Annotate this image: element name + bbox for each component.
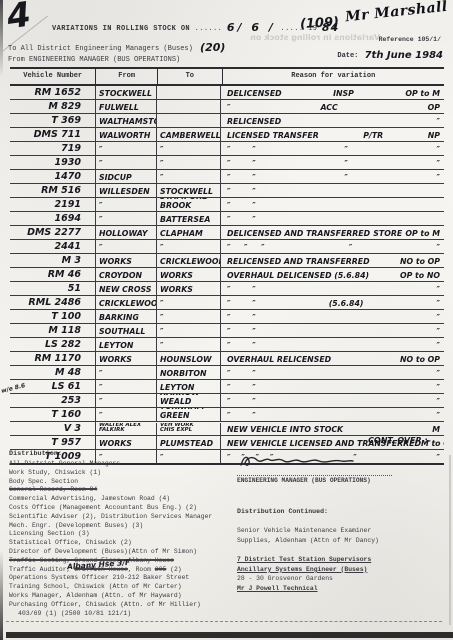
to-cell: WORKS	[157, 268, 221, 281]
handwritten-date: 7th June 1984	[365, 50, 443, 61]
from-cell: ″	[96, 394, 157, 407]
from-cell: WORKS	[96, 352, 157, 365]
distribution-item: All District General Managers	[9, 460, 235, 469]
vehicle-number-cell: RM 1652	[10, 86, 96, 99]
to-cell: VEH WORK CHIS EXPL	[157, 423, 221, 435]
to-cell: ″	[157, 142, 221, 155]
status-text: OP to M	[405, 89, 440, 98]
vehicle-number-cell: 51	[10, 282, 96, 295]
to-cell: ″	[157, 156, 221, 169]
title-dots: ......	[195, 25, 223, 33]
reason-cell: DELICENSED AND TRANSFERRED STORE OP to M	[221, 226, 444, 239]
reason-note: ″	[344, 173, 347, 182]
to-cell: HOUNSLOW	[157, 352, 221, 365]
distribution-item: Director of Development (Buses)(Attn of …	[9, 548, 235, 557]
reason-text: LICENSED TRANSFER	[227, 131, 319, 140]
status-text: NP	[428, 131, 440, 140]
handwritten-count: (20)	[200, 41, 225, 54]
status-text: OP to NO	[400, 271, 440, 280]
distribution-continued-heading: Distribution Continued:	[237, 508, 449, 515]
distribution-item: Operations Systems Officer 210-212 Baker…	[9, 574, 235, 583]
reason-text: NEW VEHICLE INTO STOCK	[227, 425, 343, 434]
distribution-item: General Record, Room 84	[9, 486, 235, 495]
table-row: 1930 ″ ″ ″ ″ ″ ″	[10, 156, 444, 170]
table-body: RM 1652 STOCKWELL DELICENSED INSP OP to …	[10, 86, 444, 465]
table-row: T 160 ″ TURNHAM GREEN ″ ″ ″	[10, 408, 444, 422]
to-cell	[157, 100, 221, 113]
reason-cell: ″ ″ ″ ″ ″	[221, 240, 444, 253]
reason-text: ″	[227, 103, 230, 112]
distribution-continued-item: Mr J Powell Technical	[237, 584, 449, 594]
reason-text: ″ ″	[227, 159, 256, 168]
from-cell: HOLLOWAY	[96, 226, 157, 239]
scan-edge-shadow	[0, 0, 3, 640]
to-cell	[157, 114, 221, 127]
handwritten-corner-numeral: 4	[4, 0, 33, 37]
date-line: Date: 7th June 1984	[337, 49, 443, 60]
from-cell: WORKS	[96, 436, 157, 449]
vehicle-number-cell: 2191	[10, 198, 96, 211]
reason-text: ″ ″	[227, 341, 256, 350]
table-row: 2191 ″ STAMFORD BROOK ″ ″	[10, 198, 444, 212]
reason-note: ACC	[320, 103, 337, 112]
table-row: 1470 SIDCUP ″ ″ ″ ″ ″	[10, 170, 444, 184]
to-cell: ″	[157, 296, 221, 309]
to-cell: CAMBERWELL	[157, 128, 221, 141]
status-text: ″	[437, 243, 440, 252]
status-text: M	[432, 425, 440, 434]
form-code: 403/69 (1) (2500 10/81 121/1)	[18, 610, 131, 617]
reason-note: P/TR	[363, 131, 383, 140]
to-cell: NORBITON	[157, 366, 221, 379]
status-text: ″	[437, 117, 440, 126]
status-text: ″	[437, 411, 440, 420]
distribution-item: Work Study, Chiswick (1)	[9, 469, 235, 478]
to-cell: ″	[157, 310, 221, 323]
to-cell: ″	[157, 338, 221, 351]
vehicle-number-cell: 2441	[10, 240, 96, 253]
distribution-heading: Distribution:	[9, 450, 235, 458]
status-text: NO to OP	[400, 257, 440, 266]
status-text: ″	[437, 285, 440, 294]
vehicle-number-cell: DMS 2277	[10, 226, 96, 239]
reason-note: INSP	[333, 89, 354, 98]
reason-cell: ″ ″ ″ ″	[221, 156, 444, 169]
to-line-text: To All District Engineering Managers (Bu…	[8, 45, 193, 53]
vehicle-number-cell: DMS 711	[10, 128, 96, 141]
from-cell: ″	[96, 380, 157, 393]
vehicle-number-cell: 719	[10, 142, 96, 155]
scan-bottom-bar	[6, 632, 453, 638]
to-cell: BATTERSEA	[157, 212, 221, 225]
reason-cell: ″ ″ ″	[221, 380, 444, 393]
table-row: M 3 WORKS CRICKLEWOOD RELICENSED AND TRA…	[10, 254, 444, 268]
date-label: Date:	[337, 52, 358, 60]
header-to: To	[158, 69, 223, 84]
vehicle-number-cell: 1470	[10, 170, 96, 183]
vehicle-number-cell: T 160	[10, 408, 96, 421]
from-cell: SOUTHALL	[96, 324, 157, 337]
from-cell: ″	[96, 156, 157, 169]
title-line: VARIATIONS IN ROLLING STOCK ON ...... 6/…	[52, 20, 339, 33]
table-row: 253 ″ HARROW WEALD ″ ″ ″	[10, 394, 444, 408]
vehicle-number-cell: M 829	[10, 100, 96, 113]
vehicle-number-cell: RM 1170	[10, 352, 96, 365]
status-text: ″	[437, 159, 440, 168]
handwritten-copy-count: (109)	[300, 15, 340, 32]
table-row: 51 NEW CROSS WORKS ″ ″ ″	[10, 282, 444, 296]
table-row: 2441 ″ ″ ″ ″ ″ ″ ″	[10, 240, 444, 254]
table-row: V 3 WALTER ALEX FALKIRK VEH WORK CHIS EX…	[10, 422, 444, 436]
table-row: T 100 BARKING ″ ″ ″ ″	[10, 310, 444, 324]
vehicle-number-cell: RML 2486	[10, 296, 96, 309]
status-text: ″	[437, 341, 440, 350]
distribution-item: Training School, Chiswick (Attn of Mr Ca…	[9, 583, 235, 592]
reason-cell: ″ ″ ″	[221, 408, 444, 421]
reason-cell: ″ ″ ″	[221, 324, 444, 337]
reason-cell: OVERHAUL RELICENSED NO to OP	[221, 352, 444, 365]
from-cell: ″	[96, 240, 157, 253]
vehicle-number-cell: M 118	[10, 324, 96, 337]
reason-text: ″ ″	[227, 145, 256, 154]
right-column: ENGINEERING MANAGER (BUS OPERATIONS) Dis…	[237, 452, 449, 594]
reason-text: DELICENSED AND TRANSFERRED	[227, 229, 370, 238]
vehicle-number-cell: M 3	[10, 254, 96, 267]
from-cell: CROYDON	[96, 268, 157, 281]
table-row: 1694 ″ BATTERSEA ″ ″	[10, 212, 444, 226]
reason-cell: ″ ″ ″	[221, 310, 444, 323]
to-cell: STOCKWELL	[157, 184, 221, 197]
reason-cell: ″ ″	[221, 212, 444, 225]
table-row: DMS 2277 HOLLOWAY CLAPHAM DELICENSED AND…	[10, 226, 444, 240]
vehicle-number-cell: T 100	[10, 310, 96, 323]
scanned-memo-page: 4 Variations in rolling stock on VARIATI…	[0, 0, 453, 640]
table-row: RM 516 WILLESDEN STOCKWELL ″ ″	[10, 184, 444, 198]
reason-cell: ″ ″ ″	[221, 366, 444, 379]
reason-cell: ″ ″	[221, 184, 444, 197]
vehicle-number-cell: RM 46	[10, 268, 96, 281]
to-cell: ″	[157, 324, 221, 337]
from-cell: WALWORTH	[96, 128, 157, 141]
reason-text: ″ ″	[227, 327, 256, 336]
from-cell: ″	[96, 408, 157, 421]
from-line: From ENGINEERING MANAGER (BUS OPERATIONS…	[8, 56, 180, 64]
table-row: T 369 WALTHAMSTOW RELICENSED ″	[10, 114, 444, 128]
reason-text: ″ ″ ″	[227, 243, 265, 252]
status-text: ″	[437, 299, 440, 308]
from-cell: WALTHAMSTOW	[96, 114, 157, 127]
table-header-row: Vehicle Number From To Reason for variat…	[10, 67, 444, 86]
from-cell: CRICKLEWOOD	[96, 296, 157, 309]
reason-cell: ″ ″ ″ ″	[221, 142, 444, 155]
from-cell: BARKING	[96, 310, 157, 323]
reason-cell: ″ ″ (5.6.84) ″	[221, 296, 444, 309]
table-row: 719 ″ ″ ″ ″ ″ ″	[10, 142, 444, 156]
vehicle-number-cell: T 957	[10, 436, 96, 449]
reason-text: OVERHAUL RELICENSED	[227, 355, 331, 364]
distribution-item: Mech. Engr. (Development Buses) (3)	[9, 522, 235, 531]
table-row: RM 1170 WORKS HOUNSLOW OVERHAUL RELICENS…	[10, 352, 444, 366]
from-cell: NEW CROSS	[96, 282, 157, 295]
table-row: LS 282 LEYTON ″ ″ ″ ″	[10, 338, 444, 352]
distribution-continued-item: 7 District Test Station Supervisors	[237, 555, 449, 565]
distribution-item: Purchasing Officer, Chiswick (Attn. of M…	[9, 601, 235, 610]
handwritten-day-month: 6/ 6 /	[227, 21, 276, 34]
scan-smudge	[449, 455, 451, 625]
footer-rule	[6, 621, 442, 622]
reason-text: ″ ″	[227, 383, 256, 392]
distribution-continued-item: Supplies, Aldenham (Attn of Mr Dancy)	[237, 536, 449, 546]
reason-note: STORE	[373, 229, 402, 238]
from-cell: WALTER ALEX FALKIRK	[96, 423, 157, 435]
vehicle-number-cell: LS 282	[10, 338, 96, 351]
table-row: RM 1652 STOCKWELL DELICENSED INSP OP to …	[10, 86, 444, 100]
from-cell: WILLESDEN	[96, 184, 157, 197]
reason-cell: ″ ″ ″ ″	[221, 170, 444, 183]
to-line: To All District Engineering Managers (Bu…	[8, 40, 225, 53]
reason-cell: RELICENSED ″	[221, 114, 444, 127]
distribution-item: Scientific Adviser (2), Distribution Ser…	[9, 513, 235, 522]
continued-over-note: CONT. OVER :-	[368, 436, 431, 445]
reason-cell: ″ ″	[221, 198, 444, 211]
vehicle-number-cell: V 3	[10, 422, 96, 435]
to-cell: HARROW WEALD	[157, 394, 221, 407]
to-cell: WORKS	[157, 282, 221, 295]
from-cell: STOCKWELL	[96, 86, 157, 99]
to-cell	[157, 86, 221, 99]
reason-text: DELICENSED	[227, 89, 282, 98]
reason-text: ″ ″	[227, 285, 256, 294]
to-cell: PLUMSTEAD	[157, 436, 221, 449]
signature-scribble	[237, 452, 357, 470]
status-text: NO to OP	[400, 355, 440, 364]
from-cell: LEYTON	[96, 338, 157, 351]
status-text: OP	[428, 103, 440, 112]
distribution-item: Commercial Advertising, Jamestown Road (…	[9, 495, 235, 504]
header-vehicle-number: Vehicle Number	[10, 69, 96, 84]
reason-note: (5.6.84)	[329, 299, 364, 308]
from-cell: FULWELL	[96, 100, 157, 113]
to-cell: ″	[157, 240, 221, 253]
reason-cell: ″ ″ ″	[221, 338, 444, 351]
reason-cell: RELICENSED AND TRANSFERRED NO to OP	[221, 254, 444, 267]
distribution-item: Licensing Section (3)	[9, 530, 235, 539]
distribution-item: Costs Office (Management Accountant Bus …	[9, 504, 235, 513]
status-text: ″	[437, 313, 440, 322]
reason-cell: LICENSED TRANSFER P/TR NP	[221, 128, 444, 141]
distribution-continued-item: 28 - 30 Grosvenor Gardens	[237, 574, 449, 584]
distribution-item: Statistical Office, Chiswick (2)	[9, 539, 235, 548]
reason-text: ″ ″	[227, 187, 256, 196]
vehicle-number-cell: RM 516	[10, 184, 96, 197]
status-text: ″	[437, 397, 440, 406]
signature-caption: ENGINEERING MANAGER (BUS OPERATIONS)	[237, 477, 449, 484]
status-text: ″	[437, 173, 440, 182]
distribution-item: Works Manager, Aldenham (Attn. of Mr Hay…	[9, 592, 235, 601]
reason-text: ″ ″	[227, 313, 256, 322]
from-cell: WORKS	[96, 254, 157, 267]
reason-text: RELICENSED	[227, 117, 281, 126]
distribution-item: Body Spec. Section	[9, 478, 235, 487]
table-row: DMS 711 WALWORTH CAMBERWELL LICENSED TRA…	[10, 128, 444, 142]
reason-text: ″ ″	[227, 201, 256, 210]
reason-text: ″ ″	[227, 397, 256, 406]
vehicle-number-cell: 1930	[10, 156, 96, 169]
table-row: M 118 SOUTHALL ″ ″ ″ ″	[10, 324, 444, 338]
table-row: RML 2486 CRICKLEWOOD ″ ″ ″ (5.6.84) ″	[10, 296, 444, 310]
reason-note: ″	[344, 145, 347, 154]
reason-cell: ″ ″ ″	[221, 394, 444, 407]
table-row: LS 61 ″ LEYTON ″ ″ ″	[10, 380, 444, 394]
to-cell: CRICKLEWOOD	[157, 254, 221, 267]
distribution-section: Distribution: All District General Manag…	[9, 450, 235, 610]
status-text: ″	[437, 145, 440, 154]
to-cell: STAMFORD BROOK	[157, 198, 221, 211]
to-cell: CLAPHAM	[157, 226, 221, 239]
distribution-continued-list: Senior Vehicle Maintenance ExaminerSuppl…	[237, 526, 449, 594]
header-reason: Reason for variation	[223, 69, 444, 84]
reason-text: ″ ″	[227, 411, 256, 420]
table-row: M 48 ″ NORBITON ″ ″ ″	[10, 366, 444, 380]
to-cell: TURNHAM GREEN	[157, 408, 221, 421]
distribution-continued-item: Senior Vehicle Maintenance Examiner	[237, 526, 449, 536]
status-text: ″	[437, 327, 440, 336]
vehicle-number-cell: 1694	[10, 212, 96, 225]
reason-cell: ″ ACC OP	[221, 100, 444, 113]
from-cell: ″	[96, 212, 157, 225]
from-cell: ″	[96, 198, 157, 211]
vehicle-number-cell: T 369	[10, 114, 96, 127]
table-row: RM 46 CROYDON WORKS OVERHAUL DELICENSED …	[10, 268, 444, 282]
variations-table: Vehicle Number From To Reason for variat…	[10, 67, 444, 465]
reason-text: OVERHAUL DELICENSED (5.6.84)	[227, 271, 369, 280]
status-text: ″	[437, 369, 440, 378]
status-text: OP to M	[405, 229, 440, 238]
reason-text: ″ ″	[227, 173, 256, 182]
distribution-continued-item: Ancillary Systems Engineer (Buses)	[237, 565, 449, 575]
reason-cell: OVERHAUL DELICENSED (5.6.84) OP to NO	[221, 268, 444, 281]
signature-block	[237, 452, 392, 476]
vehicle-number-cell: M 48	[10, 366, 96, 379]
distribution-item: Traffic Auditor, Griffith House, Room 20…	[9, 566, 235, 575]
to-cell: LEYTON	[157, 380, 221, 393]
table-row: M 829 FULWELL ″ ACC OP	[10, 100, 444, 114]
reason-text: ″ ″	[227, 215, 256, 224]
reference-number: Reference 105/1/	[379, 36, 441, 43]
from-cell: ″	[96, 366, 157, 379]
vehicle-number-cell: 253	[10, 394, 96, 407]
reason-text: ″ ″	[227, 299, 256, 308]
reason-cell: ″ ″ ″	[221, 282, 444, 295]
to-cell: ″	[157, 170, 221, 183]
reason-cell: DELICENSED INSP OP to M	[221, 86, 444, 99]
reason-note: ″	[349, 243, 352, 252]
distribution-list: All District General ManagersWork Study,…	[9, 460, 235, 610]
title-text: VARIATIONS IN ROLLING STOCK ON	[52, 25, 190, 33]
reason-note: ″	[344, 159, 347, 168]
header-from: From	[96, 69, 158, 84]
reason-text: ″ ″	[227, 369, 256, 378]
reason-text: RELICENSED AND TRANSFERRED	[227, 257, 370, 266]
reason-cell: NEW VEHICLE INTO STOCK M	[221, 422, 444, 435]
from-cell: SIDCUP	[96, 170, 157, 183]
from-cell: ″	[96, 142, 157, 155]
status-text: ″	[437, 383, 440, 392]
top-signature: Mr Marshall	[344, 0, 448, 25]
